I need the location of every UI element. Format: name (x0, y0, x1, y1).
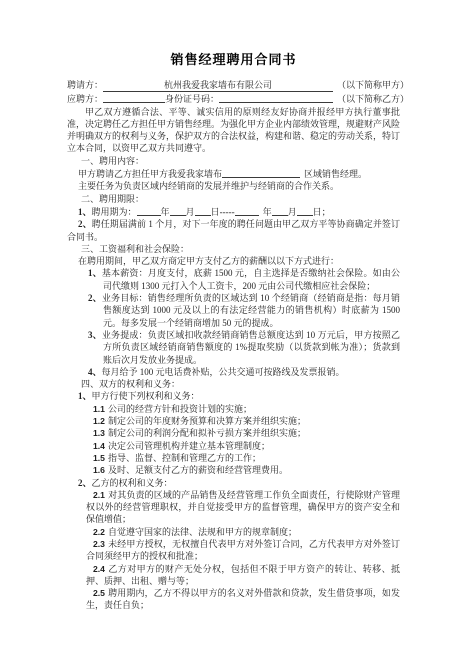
term-separator: ----- (220, 207, 235, 217)
sub-item-text: 未经甲方授权，无权擅自代表甲方对外签订合同，乙方代表甲方对外签订合同须经甲方的授… (86, 539, 400, 561)
year-label: 年 (161, 207, 170, 217)
section3-heading: 三、工资福利和社会保险： (81, 243, 400, 255)
renewal-item-number: 2、 (78, 219, 92, 229)
sub-item-number: 2.1 (93, 490, 105, 500)
applicant-label: 应聘方： (67, 94, 103, 104)
item-number: 1、 (78, 391, 92, 401)
heading-text: 甲方行使下列权利和义务： (92, 391, 200, 401)
applicant-name-blank (103, 92, 165, 103)
sub-item-number: 1.2 (93, 416, 105, 426)
hirer-label: 聘请方： (67, 80, 103, 90)
sub-item-text: 决定公司管理机构并建立基本管理制度； (108, 441, 270, 451)
item-text: 业务目标：销售经理所负责的区域达到 10 个经销商（经销商是指：每月销售额度达到… (102, 293, 400, 328)
sub-item-number: 2.3 (93, 539, 105, 549)
party-a-duties-heading: 1、甲方行使下列权利和义务： (67, 390, 400, 402)
contract-page: 销售经理聘用合同书 聘请方：杭州我爱我家墙布有限公司（以下简称甲方） 应聘方：身… (0, 0, 463, 655)
item-text: 基本薪资：月度支付，底薪 1500 元，自主选择是否缴纳社会保险。如由公司代缴则… (102, 268, 400, 290)
hirer-line: 聘请方：杭州我爱我家墙布有限公司（以下简称甲方） (67, 79, 400, 92)
sub-item-text: 公司的经营方针和投资计划的实施； (108, 404, 252, 414)
month-label: 月 (186, 207, 195, 217)
party-b-duty: 2.1对其负责的区域的产品销售及经营管理工作负全面责任，行使除财产管理权以外的经… (67, 489, 400, 526)
item-number: 2、 (78, 478, 92, 488)
end-month-blank (272, 205, 288, 216)
party-a-duty: 1.3制定公司的利润分配和拟补亏损方案并组织实施； (67, 427, 400, 439)
item-number: 4、 (88, 367, 102, 377)
region-blank (222, 167, 300, 178)
year-label: 年 (263, 207, 272, 217)
party-a-duty: 1.5指导、监督、控制和管理乙方的工作； (67, 452, 400, 464)
applicant-line: 应聘方：身份证号码：（以下简称乙方） (67, 92, 400, 105)
sub-item-text: 制定公司的年度财务预算和决算方案并组织实施； (108, 416, 306, 426)
item-number: 2、 (88, 293, 102, 303)
contract-title: 销售经理聘用合同书 (67, 52, 400, 68)
employment-term-line: 1、聘用期为：年月日-----年月日； (67, 205, 400, 218)
month-label: 月 (288, 207, 297, 217)
section1-line1-suffix: 区域销售经理。 (304, 169, 367, 179)
item-text: 每月给予 100 元电话费补贴，公共交通可按路线及发票报销。 (102, 367, 345, 377)
sub-item-text: 自觉遵守国家的法律、法规和甲方的规章制度； (108, 527, 297, 537)
sub-item-number: 2.5 (93, 588, 105, 598)
party-a-duty: 1.6及时、足额支付乙方的薪资和经营管理费用。 (67, 464, 400, 476)
section2-heading: 二、聘用期限： (81, 193, 400, 205)
party-b-duty: 2.3未经甲方授权，无权擅自代表甲方对外签订合同，乙方代表甲方对外签订合同须经甲… (67, 538, 400, 563)
end-day-blank (297, 205, 313, 216)
sub-item-number: 1.5 (93, 453, 105, 463)
section1-line1: 甲方聘请乙方担任甲方我爱我家墙布区域销售经理。 (67, 167, 400, 180)
renewal-text: 聘任期届满前 1 个月，对下一年度的聘任问题由甲乙双方平等协商确定并签订合同书。 (67, 219, 400, 241)
day-end-label: 日； (313, 207, 331, 217)
business-target-item: 2、业务目标：销售经理所负责的区域达到 10 个经销商（经销商是指：每月销售额度… (67, 292, 400, 329)
party-b-duty: 2.2自觉遵守国家的法律、法规和甲方的规章制度； (67, 526, 400, 538)
section3-intro: 在聘用期间，甲乙双方商定甲方支付乙方的薪酬以以下方式进行： (67, 255, 400, 267)
heading-text: 乙方的权利和义务： (92, 478, 173, 488)
start-day-blank (195, 205, 211, 216)
preamble-paragraph: 甲乙双方遵循合法、平等、诚实信用的原则经友好协商并报经甲方执行董事批准，决定聘任… (67, 106, 400, 155)
section1-line1-prefix: 甲方聘请乙方担任甲方我爱我家墙布 (78, 169, 222, 179)
sub-item-number: 1.1 (93, 404, 105, 414)
end-year-blank (235, 205, 259, 216)
hirer-alias: （以下简称甲方） (337, 80, 409, 90)
party-a-duty: 1.2制定公司的年度财务预算和决算方案并组织实施； (67, 415, 400, 427)
term-item-number: 1、 (78, 207, 92, 217)
party-b-duties-heading: 2、乙方的权利和义务： (67, 477, 400, 489)
sub-item-text: 制定公司的利润分配和拟补亏损方案并组织实施； (108, 428, 306, 438)
hirer-name: 杭州我爱我家墙布有限公司 (164, 80, 272, 90)
start-year-blank (137, 205, 161, 216)
sub-item-number: 2.2 (93, 527, 105, 537)
sub-item-number: 1.6 (93, 465, 105, 475)
sub-item-number: 1.3 (93, 428, 105, 438)
item-text: 业务提成：负责区域扣收款经销商销售总额度达到 10 万元后，甲方按照乙方所负责区… (102, 330, 400, 365)
party-b-duty: 2.4乙方对甲方的财产无处分权，包括但不限于甲方资产的转让、转移、抵押、质押、出… (67, 563, 400, 588)
sub-item-number: 1.4 (93, 441, 105, 451)
party-a-duty: 1.4决定公司管理机构并建立基本管理制度； (67, 440, 400, 452)
term-label: 聘用期为： (92, 207, 137, 217)
commission-item: 3、业务提成：负责区域扣收款经销商销售总额度达到 10 万元后，甲方按照乙方所负… (67, 329, 400, 366)
applicant-alias: （以下简称乙方） (337, 94, 409, 104)
section4-heading: 四、双方的权利和义务： (81, 378, 400, 390)
sub-item-text: 及时、足额支付乙方的薪资和经营管理费用。 (108, 465, 288, 475)
renewal-clause: 2、聘任期届满前 1 个月，对下一年度的聘任问题由甲乙双方平等协商确定并签订合同… (67, 218, 400, 243)
allowance-item: 4、每月给予 100 元电话费补贴，公共交通可按路线及发票报销。 (67, 366, 400, 378)
applicant-id-label: 身份证号码： (165, 94, 219, 104)
start-month-blank (170, 205, 186, 216)
sub-item-text: 乙方对甲方的财产无处分权，包括但不限于甲方资产的转让、转移、抵押、质押、出租、赠… (86, 564, 400, 586)
item-number: 1、 (88, 268, 102, 278)
sub-item-number: 2.4 (93, 564, 105, 574)
sub-item-text: 聘用期内，乙方不得以甲方的名义对外借款和贷款，发生借贷事项，如发生，责任自负； (86, 588, 400, 610)
hirer-name-blank: 杭州我爱我家墙布有限公司 (103, 79, 333, 92)
applicant-id-blank (219, 92, 333, 103)
sub-item-text: 对其负责的区域的产品销售及经营管理工作负全面责任，行使除财产管理权以外的经营管理… (86, 490, 400, 525)
party-a-duty: 1.1公司的经营方针和投资计划的实施； (67, 403, 400, 415)
section1-heading: 一、聘用内容： (81, 155, 400, 167)
section1-line2: 主要任务为负责区域内经销商的发展并维护与经销商的合作关系。 (67, 180, 400, 192)
day-label: 日 (211, 207, 220, 217)
sub-item-text: 指导、监督、控制和管理乙方的工作； (108, 453, 261, 463)
party-b-duty: 2.5聘用期内，乙方不得以甲方的名义对外借款和贷款，发生借贷事项，如发生，责任自… (67, 587, 400, 612)
salary-item: 1、基本薪资：月度支付，底薪 1500 元，自主选择是否缴纳社会保险。如由公司代… (67, 267, 400, 292)
item-number: 3、 (88, 330, 102, 340)
